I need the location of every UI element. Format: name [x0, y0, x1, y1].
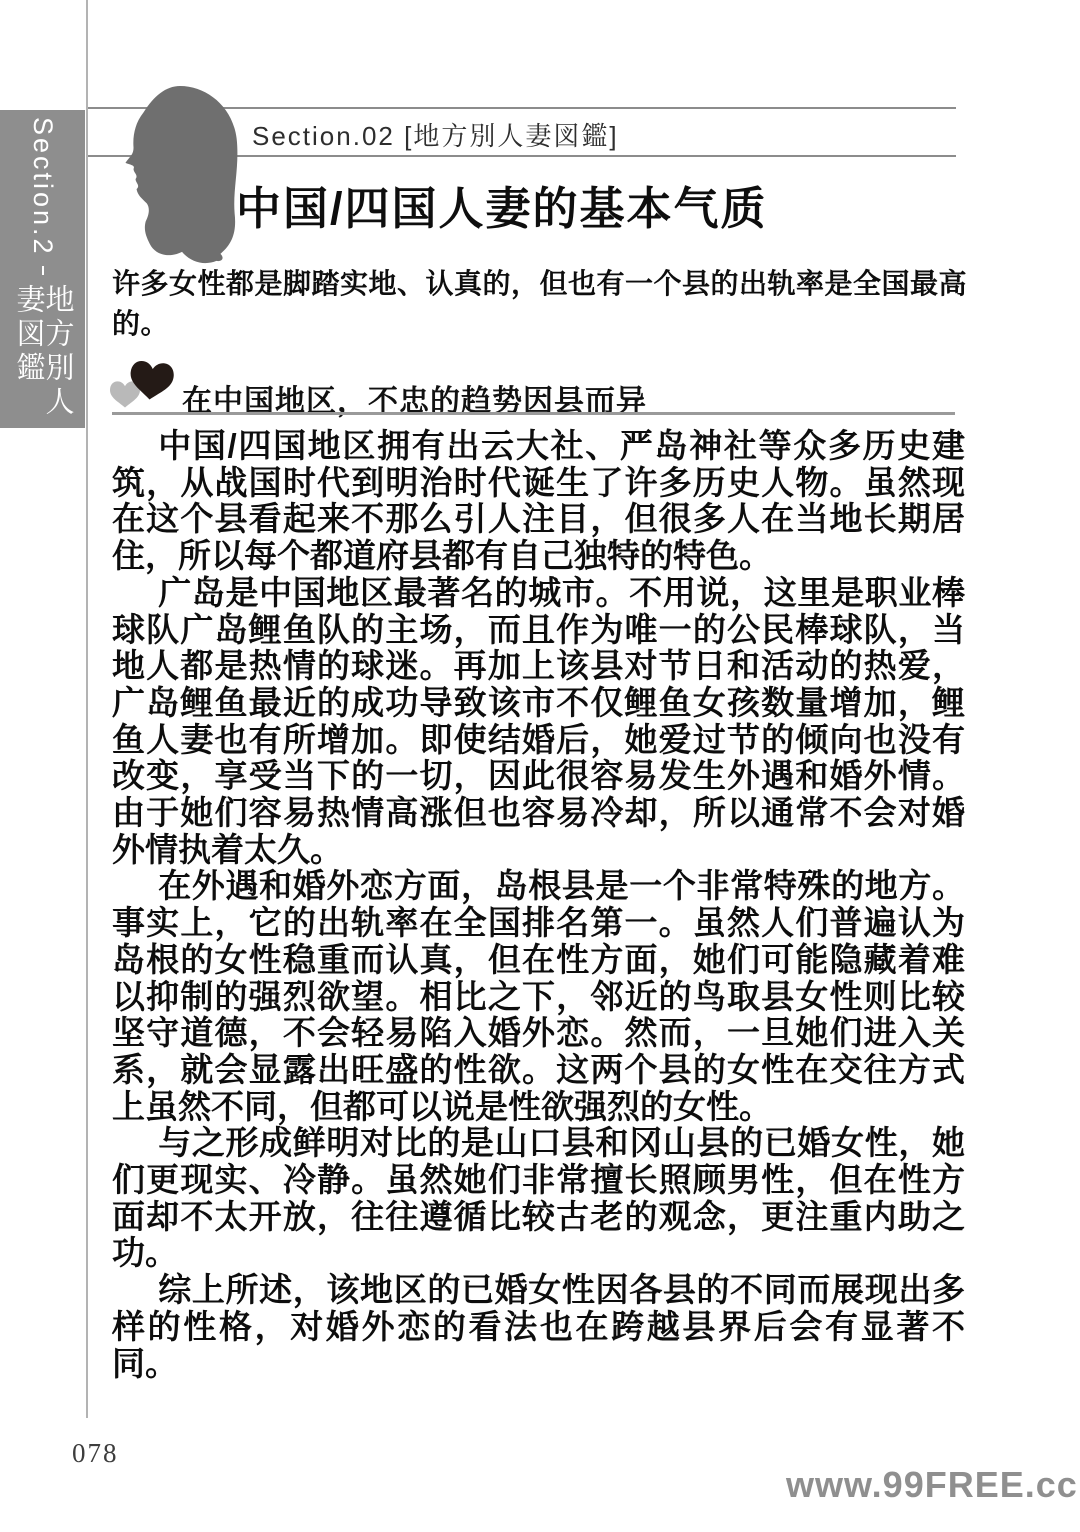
sidebar-section-label: Section.2	[29, 117, 56, 257]
article-body: 中国/四国地区拥有出云大社、严岛神社等众多历史建筑，从战国时代到明治时代诞生了许…	[112, 428, 965, 1382]
paragraph: 与之形成鲜明对比的是山口县和冈山县的已婚女性，她们更现实、冷静。虽然她们非常擅长…	[112, 1125, 965, 1272]
watermark-url: www.99FREE.cc	[786, 1464, 1078, 1506]
double-heart-icon	[108, 360, 178, 420]
paragraph: 综上所述，该地区的已婚女性因各县的不同而展现出多样的性格，对婚外恋的看法也在跨越…	[112, 1272, 965, 1382]
page-number: 078	[72, 1438, 119, 1469]
paragraph: 在外遇和婚外恋方面，岛根县是一个非常特殊的地方。事实上，它的出轨率在全国排名第一…	[112, 868, 965, 1125]
left-margin-rule	[86, 0, 88, 1418]
sidebar-vertical-text: Section.2 地方別人妻図鑑	[14, 110, 72, 428]
sidebar-series-title: 地方別人妻図鑑	[14, 284, 72, 428]
section-kicker: Section.02 [地方別人妻図鑑]	[252, 116, 619, 153]
page-title: 中国/四国人妻的基本气质	[236, 172, 768, 237]
page-subtitle: 许多女性都是脚踏实地、认真的，但也有一个县的出轨率是全国最高的。	[112, 262, 1012, 342]
sidebar-section-tab: Section.2 地方別人妻図鑑	[0, 110, 85, 428]
woman-profile-silhouette-icon	[108, 84, 246, 268]
sidebar-divider	[42, 266, 44, 276]
book-page: Section.2 地方別人妻図鑑 Section.02 [地方別人妻図鑑] 中…	[0, 0, 1080, 1532]
section-heading-rule	[112, 412, 955, 415]
paragraph: 中国/四国地区拥有出云大社、严岛神社等众多历史建筑，从战国时代到明治时代诞生了许…	[112, 428, 965, 575]
paragraph: 广岛是中国地区最著名的城市。不用说，这里是职业棒球队广岛鲤鱼队的主场，而且作为唯…	[112, 575, 965, 869]
